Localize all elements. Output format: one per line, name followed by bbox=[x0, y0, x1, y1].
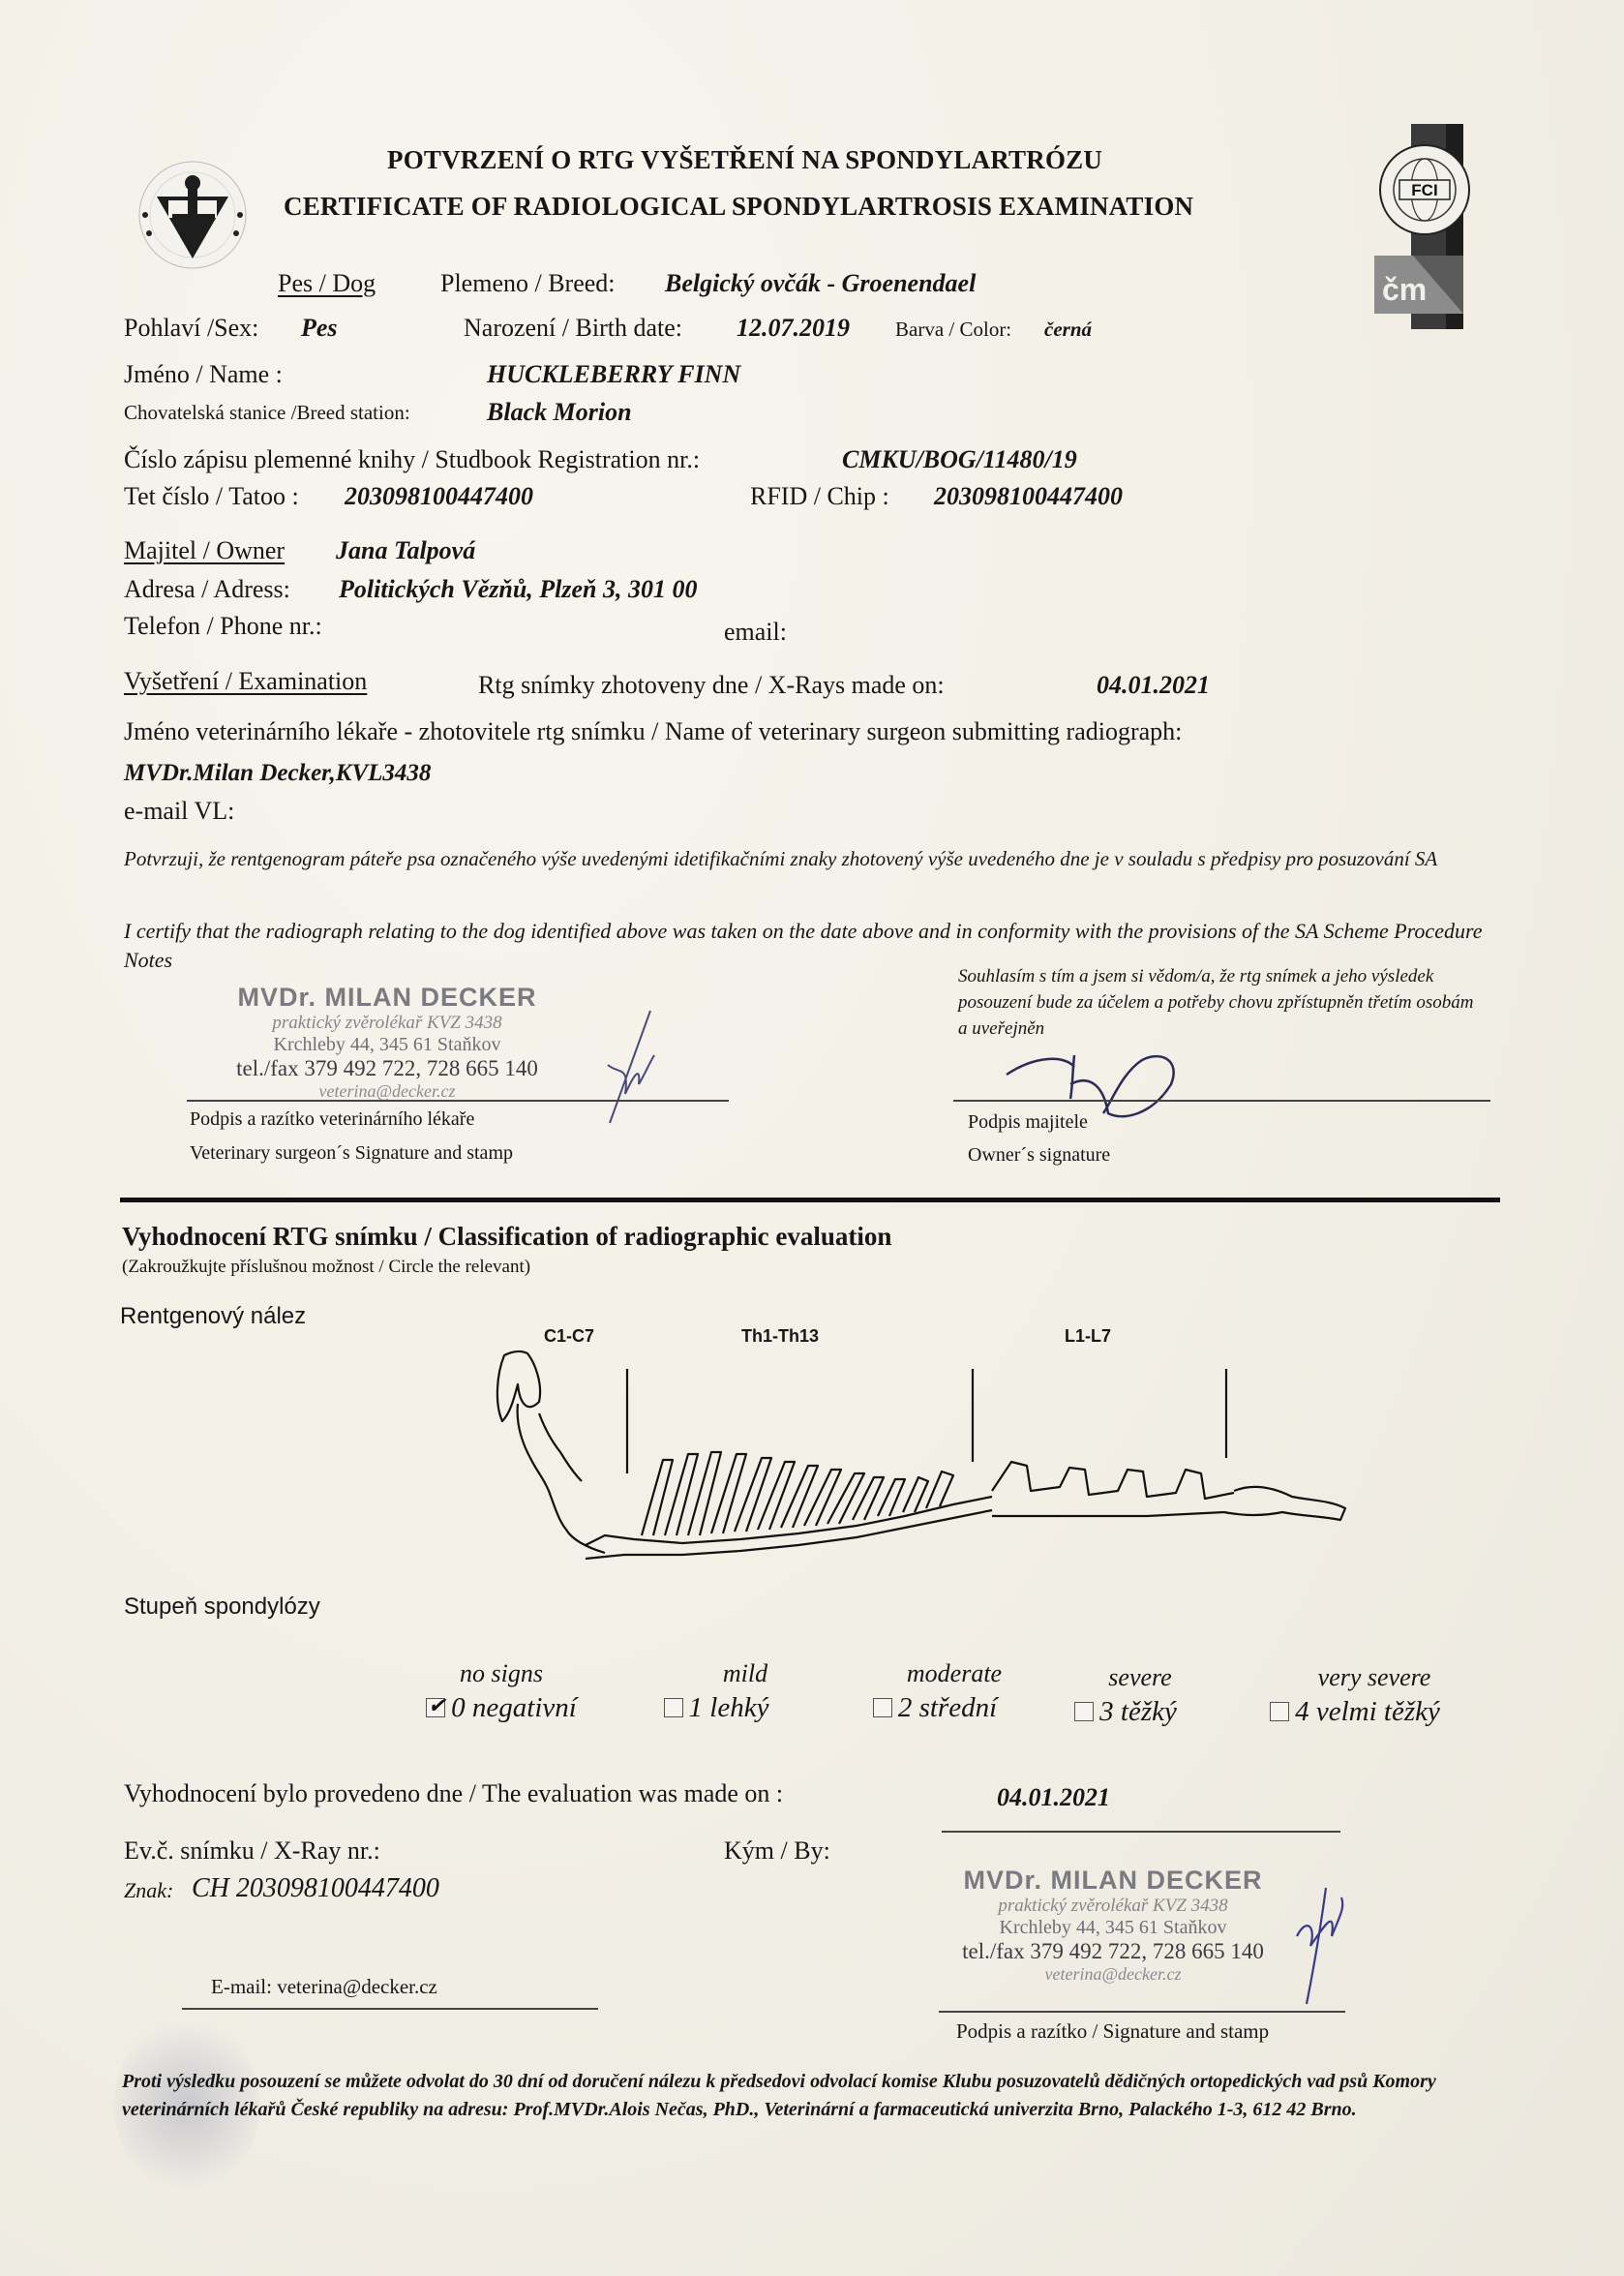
sex-label: Pohlaví /Sex: bbox=[124, 314, 258, 343]
breed-station-value: Black Morion bbox=[487, 398, 632, 427]
owner-signature-label-cz: Podpis majitele bbox=[968, 1111, 1088, 1134]
grade-2-en: moderate bbox=[848, 1659, 1022, 1688]
phone-label: Telefon / Phone nr.: bbox=[124, 612, 322, 641]
xray-date-label: Rtg snímky zhotoveny dne / X-Rays made o… bbox=[478, 671, 945, 700]
evaluation-email-line bbox=[182, 2008, 598, 2010]
color-label: Barva / Color: bbox=[895, 318, 1011, 342]
evaluation-title: Vyhodnocení RTG snímku / Classification … bbox=[122, 1222, 891, 1252]
chip-label: RFID / Chip : bbox=[750, 482, 889, 511]
grade-1-cz: 1 lehký bbox=[689, 1692, 769, 1723]
vet-name-label: Jméno veterinárního lékaře - zhotovitele… bbox=[124, 717, 1182, 746]
grade-4-en: very severe bbox=[1248, 1663, 1461, 1692]
grade-label: Stupeň spondylózy bbox=[124, 1593, 320, 1621]
vet-email-label: e-mail VL: bbox=[124, 797, 234, 826]
chip-value: 203098100447400 bbox=[934, 482, 1123, 511]
grade-3-cz: 3 těžký bbox=[1099, 1696, 1177, 1727]
examination-section-label: Vyšetření / Examination bbox=[124, 667, 367, 696]
birth-date-label: Narození / Birth date: bbox=[464, 314, 682, 343]
evaluation-stamp: MVDr. MILAN DECKER praktický zvěrolékař … bbox=[929, 1866, 1297, 1985]
section-divider bbox=[120, 1198, 1500, 1202]
breed-label: Plemeno / Breed: bbox=[440, 269, 616, 298]
evaluation-signature-line bbox=[939, 2011, 1345, 2013]
grade-3-checkbox[interactable] bbox=[1074, 1702, 1094, 1721]
xray-nr-label: Ev.č. snímku / X-Ray nr.: bbox=[124, 1836, 380, 1866]
grade-1-en: mild bbox=[639, 1659, 794, 1688]
grade-2-checkbox[interactable] bbox=[873, 1698, 892, 1717]
email-label: email: bbox=[724, 618, 787, 647]
sex-value: Pes bbox=[301, 314, 338, 343]
owner-signature-line bbox=[953, 1100, 1490, 1102]
address-value: Politických Vězňů, Plzeň 3, 301 00 bbox=[339, 575, 698, 604]
veterinary-chamber-logo bbox=[135, 158, 250, 272]
spine-region-cervical: C1-C7 bbox=[544, 1326, 594, 1347]
evaluation-signature-icon bbox=[1268, 1878, 1355, 2014]
evaluation-signature-label: Podpis a razítko / Signature and stamp bbox=[956, 2019, 1269, 2044]
veterinary-emblem-icon bbox=[135, 158, 250, 272]
grade-1-checkbox[interactable] bbox=[664, 1698, 683, 1717]
owner-signature-label-en: Owner´s signature bbox=[968, 1144, 1110, 1167]
owner-name-value: Jana Talpová bbox=[336, 536, 475, 565]
tattoo-label: Tet číslo / Tatoo : bbox=[124, 482, 299, 511]
studbook-label: Číslo zápisu plemenné knihy / Studbook R… bbox=[124, 445, 700, 474]
grade-option-4[interactable]: very severe 4 velmi těžký bbox=[1248, 1663, 1461, 1728]
mark-value: CH 203098100447400 bbox=[192, 1873, 439, 1904]
mark-label: Znak: bbox=[124, 1878, 173, 1903]
evaluation-date-line bbox=[942, 1831, 1340, 1833]
grade-4-cz: 4 velmi těžký bbox=[1295, 1696, 1440, 1727]
fci-cmku-emblem-icon: FCI čm bbox=[1374, 120, 1487, 333]
grade-option-1[interactable]: mild 1 lehký bbox=[639, 1659, 794, 1724]
statement-czech: Potvrzuji, že rentgenogram páteře psa oz… bbox=[124, 845, 1479, 872]
vet-stamp: MVDr. MILAN DECKER praktický zvěrolékař … bbox=[184, 983, 590, 1102]
tattoo-value: 203098100447400 bbox=[345, 482, 533, 511]
breed-value: Belgický ovčák - Groenendael bbox=[665, 269, 976, 298]
grade-0-cz: 0 negativní bbox=[451, 1692, 577, 1723]
vet-signature-label-cz: Podpis a razítko veterinárního lékaře bbox=[190, 1108, 474, 1131]
dog-name-value: HUCKLEBERRY FINN bbox=[487, 360, 740, 389]
vet-name-value: MVDr.Milan Decker,KVL3438 bbox=[124, 760, 431, 787]
svg-text:čm: čm bbox=[1382, 272, 1427, 307]
evaluation-instruction: (Zakroužkujte příslušnou možnost / Circl… bbox=[122, 1257, 530, 1278]
vet-signature-icon bbox=[581, 1007, 668, 1133]
grade-0-checkbox[interactable] bbox=[426, 1698, 445, 1717]
dog-section-label: Pes / Dog bbox=[278, 269, 376, 298]
grade-option-2[interactable]: moderate 2 střední bbox=[848, 1659, 1022, 1724]
appeal-notice: Proti výsledku posouzení se můžete odvol… bbox=[122, 2068, 1496, 2124]
grade-0-en: no signs bbox=[405, 1659, 598, 1688]
spine-region-thoracic: Th1-Th13 bbox=[741, 1326, 819, 1347]
spine-region-lumbar: L1-L7 bbox=[1065, 1326, 1111, 1347]
color-value: černá bbox=[1044, 318, 1092, 342]
name-label: Jméno / Name : bbox=[124, 360, 283, 389]
evaluation-date-label: Vyhodnocení bylo provedeno dne / The eva… bbox=[124, 1779, 783, 1808]
evaluation-date-value: 04.01.2021 bbox=[997, 1783, 1110, 1812]
owner-section-label: Majitel / Owner bbox=[124, 536, 285, 565]
svg-text:FCI: FCI bbox=[1411, 181, 1437, 199]
birth-date-value: 12.07.2019 bbox=[737, 314, 850, 343]
studbook-value: CMKU/BOG/11480/19 bbox=[842, 445, 1077, 474]
grade-4-checkbox[interactable] bbox=[1270, 1702, 1289, 1721]
evaluation-email: E-mail: veterina@decker.cz bbox=[211, 1975, 437, 1999]
finding-label: Rentgenový nález bbox=[120, 1303, 306, 1330]
address-label: Adresa / Adress: bbox=[124, 575, 290, 604]
by-label: Kým / By: bbox=[724, 1836, 830, 1866]
fci-cmku-logo: FCI čm bbox=[1374, 120, 1487, 333]
spine-diagram-icon bbox=[489, 1346, 1350, 1568]
breed-station-label: Chovatelská stanice /Breed station: bbox=[124, 401, 410, 425]
grade-3-en: severe bbox=[1053, 1663, 1198, 1692]
vet-signature-label-en: Veterinary surgeon´s Signature and stamp bbox=[190, 1142, 513, 1165]
vet-signature-line bbox=[187, 1100, 729, 1102]
consent-statement: Souhlasím s tím a jsem si vědom/a, že rt… bbox=[958, 963, 1481, 1042]
grade-option-0[interactable]: no signs 0 negativní bbox=[405, 1659, 598, 1724]
title-czech: POTVRZENÍ O RTG VYŠETŘENÍ NA SPONDYLARTR… bbox=[387, 145, 1102, 175]
grade-2-cz: 2 střední bbox=[898, 1692, 997, 1723]
xray-date-value: 04.01.2021 bbox=[1097, 671, 1210, 700]
grade-option-3[interactable]: severe 3 těžký bbox=[1053, 1663, 1198, 1728]
title-english: CERTIFICATE OF RADIOLOGICAL SPONDYLARTRO… bbox=[284, 192, 1193, 222]
